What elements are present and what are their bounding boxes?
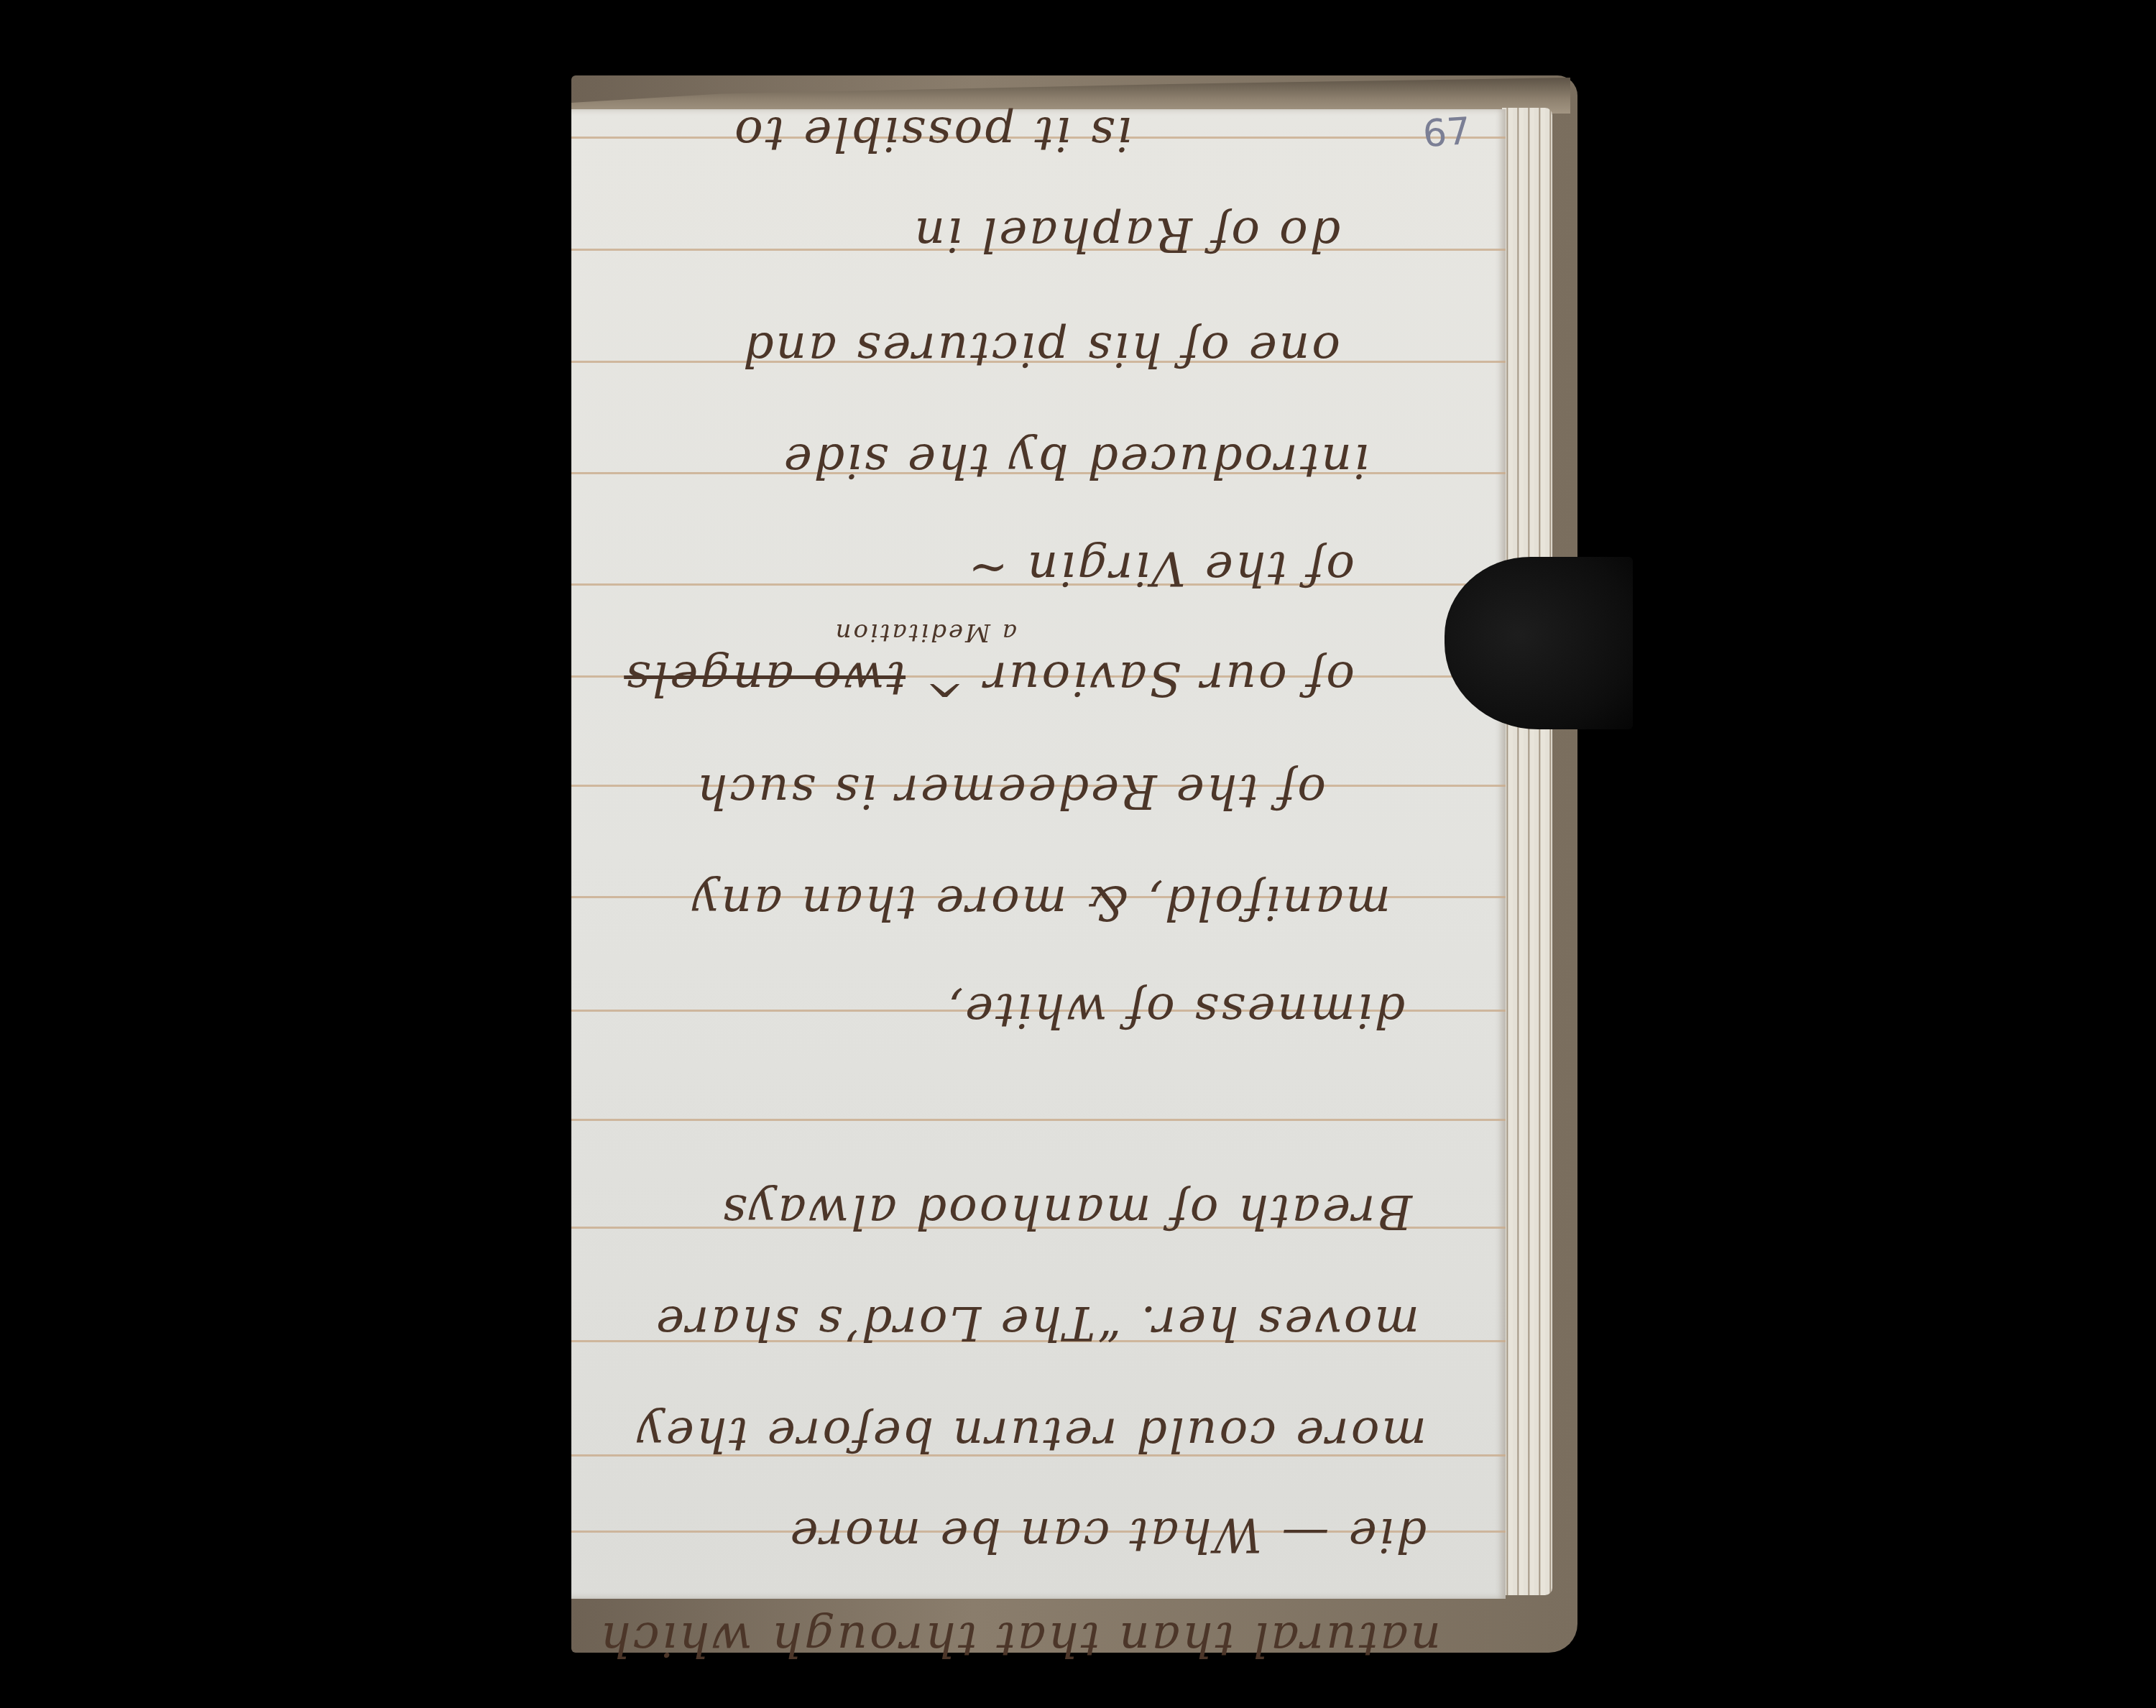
text-line: manifold, & more than any <box>571 875 1506 931</box>
text-line: introduced by the side <box>571 433 1506 489</box>
text-line: natural than that through which <box>571 1612 1506 1667</box>
text-line: more could return before they <box>571 1407 1506 1462</box>
text-line: moves her. “The Lord’s share <box>571 1296 1506 1351</box>
text-line: Breath of manhood always <box>571 1184 1506 1240</box>
black-page-clip <box>1445 557 1633 729</box>
text-line: dimness of white, <box>571 983 1506 1038</box>
text-line: one of his pictures and <box>571 322 1506 377</box>
text-line: of our Saviour ^ two angels <box>571 651 1506 706</box>
interlinear-insertion: a Meditation <box>571 618 1506 647</box>
text-line: is it possible to <box>571 106 1506 162</box>
text-line: of the Redeemer is such <box>571 764 1506 819</box>
text-line: do of Raphael in <box>571 207 1506 262</box>
page-edges <box>1502 108 1552 1595</box>
handwritten-text: is it possible to do of Raphael in one o… <box>571 109 1506 1599</box>
text-line: die — What can be more <box>571 1508 1506 1563</box>
text-line: of the Virgin ~ <box>571 541 1506 596</box>
struck-text: two angels <box>624 651 906 706</box>
line-text: of our Saviour ^ <box>923 651 1355 706</box>
